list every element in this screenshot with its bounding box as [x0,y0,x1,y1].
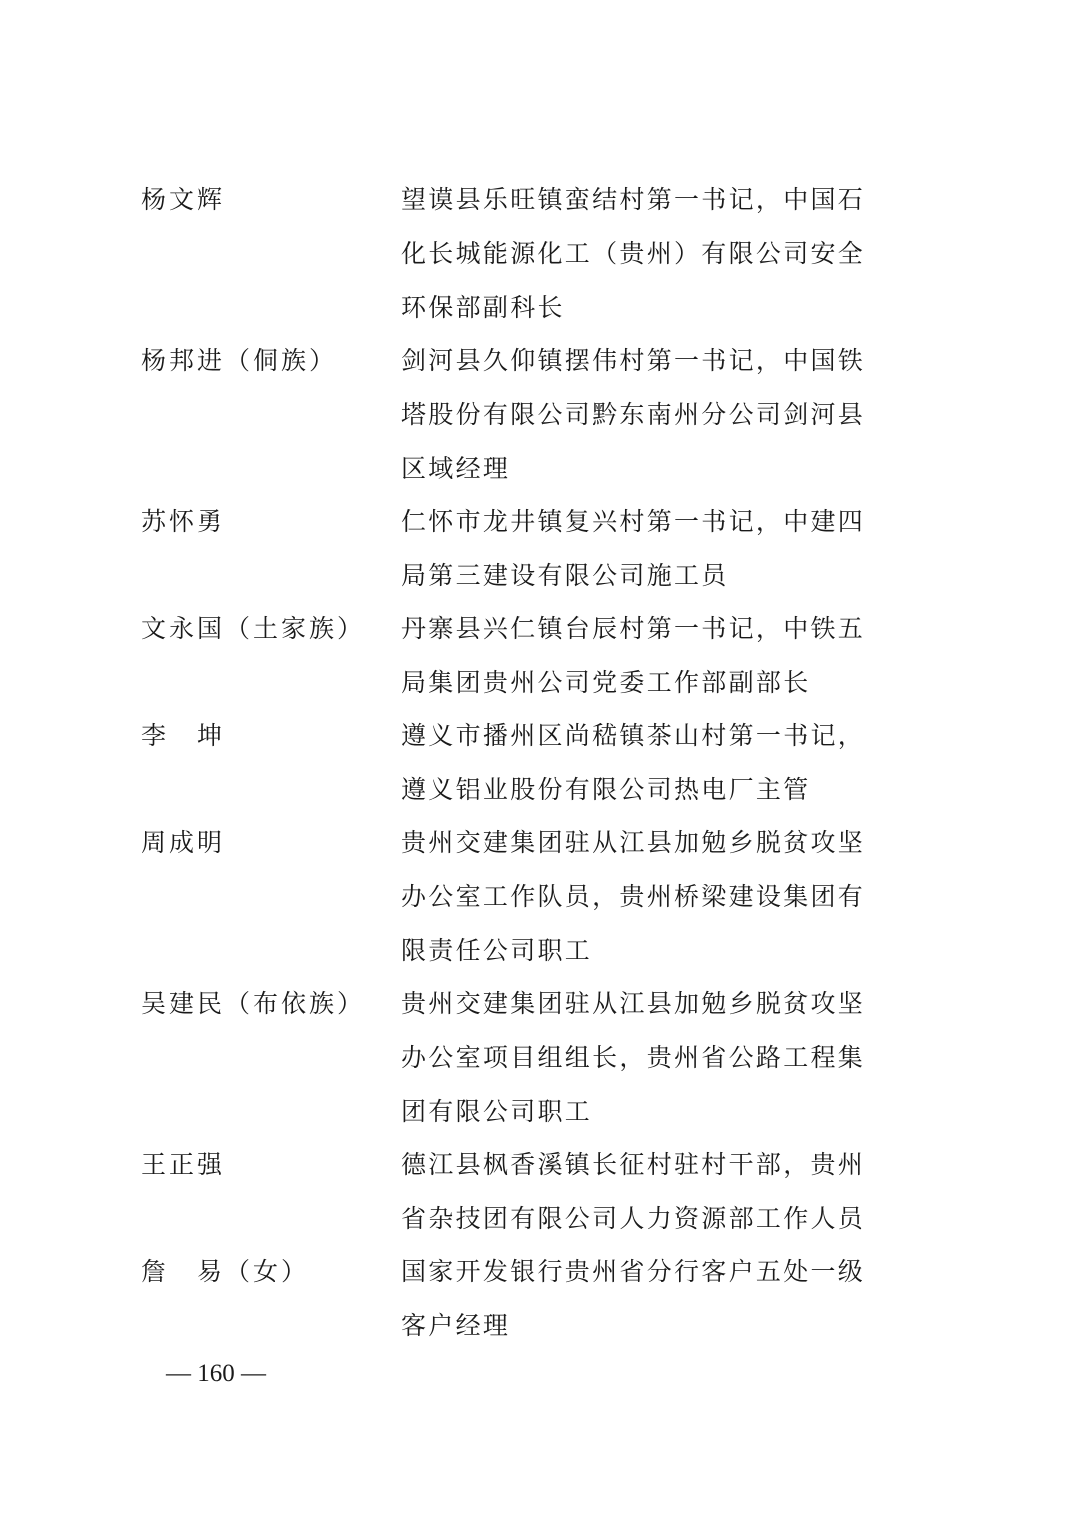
description-line: 贵州交建集团驻从江县加勉乡脱贫攻坚 [401,816,961,870]
description-line: 贵州交建集团驻从江县加勉乡脱贫攻坚 [401,977,961,1031]
description-line: 局第三建设有限公司施工员 [401,549,961,603]
person-description: 贵州交建集团驻从江县加勉乡脱贫攻坚 办公室项目组组长，贵州省公路工程集 团有限公… [401,977,961,1139]
description-line: 客户经理 [401,1299,961,1353]
person-description: 贵州交建集团驻从江县加勉乡脱贫攻坚 办公室工作队员，贵州桥梁建设集团有 限责任公… [401,816,961,978]
description-line: 环保部副科长 [401,281,961,335]
description-line: 区域经理 [401,442,961,496]
description-line: 办公室工作队员，贵州桥梁建设集团有 [401,870,961,924]
person-description: 遵义市播州区尚嵇镇茶山村第一书记， 遵义铝业股份有限公司热电厂主管 [401,709,961,817]
person-description: 剑河县久仰镇摆伟村第一书记，中国铁 塔股份有限公司黔东南州分公司剑河县 区域经理 [401,334,961,496]
page-number: — 160 — [166,1352,266,1396]
person-name: 周成明 [141,816,225,870]
person-name: 詹 易（女） [141,1245,309,1299]
person-name: 李 坤 [141,709,225,763]
description-line: 办公室项目组组长，贵州省公路工程集 [401,1031,961,1085]
description-line: 省杂技团有限公司人力资源部工作人员 [401,1192,961,1246]
description-line: 国家开发银行贵州省分行客户五处一级 [401,1245,961,1299]
description-line: 丹寨县兴仁镇台辰村第一书记，中铁五 [401,602,961,656]
person-name: 文永国（土家族） [141,602,365,656]
description-line: 遵义铝业股份有限公司热电厂主管 [401,763,961,817]
description-line: 限责任公司职工 [401,924,961,978]
description-line: 塔股份有限公司黔东南州分公司剑河县 [401,388,961,442]
person-name: 杨文辉 [141,173,225,227]
person-description: 国家开发银行贵州省分行客户五处一级 客户经理 [401,1245,961,1353]
person-name: 王正强 [141,1138,225,1192]
person-description: 丹寨县兴仁镇台辰村第一书记，中铁五 局集团贵州公司党委工作部副部长 [401,602,961,710]
description-line: 局集团贵州公司党委工作部副部长 [401,656,961,710]
person-description: 望谟县乐旺镇蛮结村第一书记，中国石 化长城能源化工（贵州）有限公司安全 环保部副… [401,173,961,335]
description-line: 化长城能源化工（贵州）有限公司安全 [401,227,961,281]
description-line: 德江县枫香溪镇长征村驻村干部，贵州 [401,1138,961,1192]
person-name: 吴建民（布依族） [141,977,365,1031]
description-line: 团有限公司职工 [401,1085,961,1139]
person-description: 德江县枫香溪镇长征村驻村干部，贵州 省杂技团有限公司人力资源部工作人员 [401,1138,961,1246]
description-line: 望谟县乐旺镇蛮结村第一书记，中国石 [401,173,961,227]
description-line: 仁怀市龙井镇复兴村第一书记，中建四 [401,495,961,549]
description-line: 遵义市播州区尚嵇镇茶山村第一书记， [401,709,961,763]
description-line: 剑河县久仰镇摆伟村第一书记，中国铁 [401,334,961,388]
person-name: 苏怀勇 [141,495,225,549]
person-name: 杨邦进（侗族） [141,334,337,388]
document-page: 杨文辉 望谟县乐旺镇蛮结村第一书记，中国石 化长城能源化工（贵州）有限公司安全 … [0,0,1080,1527]
person-description: 仁怀市龙井镇复兴村第一书记，中建四 局第三建设有限公司施工员 [401,495,961,603]
